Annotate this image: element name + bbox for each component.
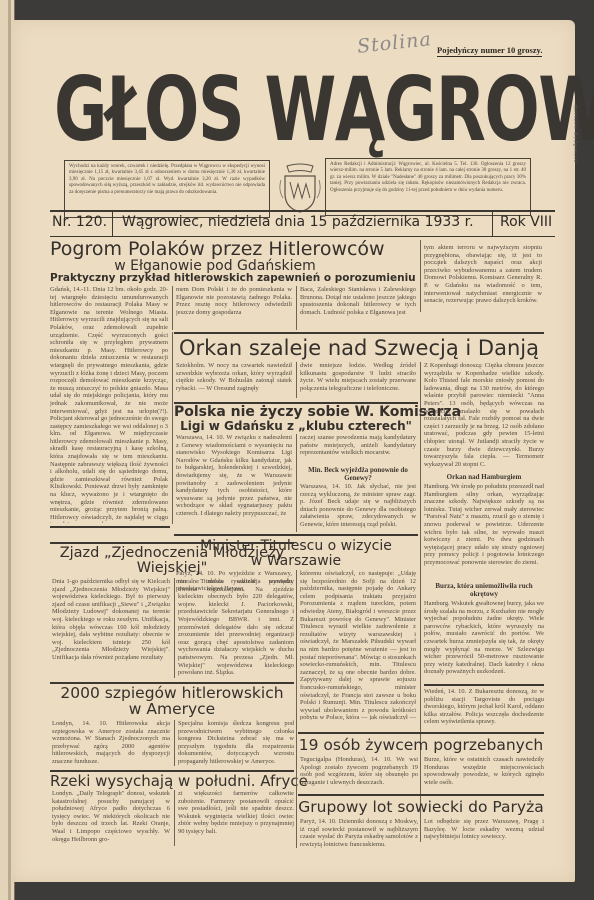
article-honduras-col2: Burze, które w ostatnich czasach nawiedz…: [424, 756, 544, 790]
price-line: Pojedyńczy numer 10 groszy.: [437, 45, 542, 57]
section-rule: [174, 332, 544, 334]
headline-zjazd: Zjazd „Zjednoczenia Młodzieży: [50, 546, 294, 561]
article-zjazd-col1: Dnia 1-go października odbył się w Kielc…: [52, 578, 170, 678]
article-szpiedzy-col1: Londyn, 14. 10. Hitlerowska akcja szpieg…: [52, 720, 170, 766]
article-lot-col1: Paryż, 14. 10. Dzienniki donoszą z Moskw…: [300, 818, 418, 848]
headline-lot: Grupowy lot sowiecki do Paryża: [298, 800, 544, 816]
article-szpiedzy-col2: Specjalna komisja śledcza kongresu pod p…: [178, 720, 294, 766]
article-orkan-burza: Hamburg. Wskutek gwałtownej burzy, jaka …: [424, 600, 544, 682]
column-rule: [296, 362, 297, 398]
issue-dateline: Wągrowiec, niedziela dnia 15 październik…: [122, 214, 474, 230]
subhead-beck: Min. Beck wyjeżdża ponownie do Genewy?: [300, 466, 416, 482]
headline-komisarz-line2: Ligi w Gdańsku z „klubu czterech": [174, 420, 418, 432]
coat-of-arms-icon: [277, 162, 323, 214]
newspaper-title: GŁOS WĄGROWIECKI: [54, 60, 424, 160]
address-info-box: Adres Redakcji i Administracji: Wągrowie…: [325, 158, 531, 216]
article-orkan-col2: dwie mniejsze łodzie. Według źródeł kilk…: [300, 362, 416, 398]
article-pogrom-col4: tym aktem terroru w najwyższym stopniu p…: [424, 244, 542, 328]
margin-stamp: Rzeszów Bydgoszcz: [572, 105, 577, 163]
column-rule: [296, 570, 297, 720]
headline-zjazd-line2: Wiejskiej": [50, 561, 294, 576]
article-titulescu-col2: któremu oświadczył, co następuje: „Udaję…: [300, 570, 416, 720]
subhead-burza: Burza, która uniemożliwiła ruch okrętowy: [424, 582, 544, 598]
section-rule: [424, 684, 544, 686]
column-rule: [420, 240, 421, 312]
column-rule: [296, 434, 297, 532]
article-komisarz-col1: Warszawa, 14. 10. W związku z nadeszłemi…: [176, 434, 292, 532]
headline-szpiedzy-line2: w Ameryce: [50, 702, 294, 718]
headline-pogrom-line2: w Ełganowie pod Gdańskiem: [50, 259, 380, 273]
article-beck: Warszawa, 14. 10. Jak słychać, nie jest …: [300, 483, 416, 533]
section-rule: [174, 534, 418, 536]
article-pogrom-col2: mem Dom Polski i że do pomieszkania w Eł…: [176, 286, 292, 330]
headline-pogrom: Pogrom Polaków przez Hitlerowców: [50, 240, 380, 259]
headline-honduras: 19 osób żywcem pogrzebanych: [298, 738, 544, 754]
issue-divider: [112, 212, 113, 236]
article-pogrom-col3: Baca, Zaleskiego Stanisława i Zalewskieg…: [300, 286, 416, 330]
headline-komisarz: Polska nie życzy sobie W. Komisarza: [174, 405, 418, 419]
headline-rzeki: Rzeki wysychają w południ. Afryce: [50, 774, 294, 789]
handwritten-note: Stolina: [356, 28, 433, 58]
issue-divider: [492, 212, 493, 236]
article-honduras-col1: Tegucigalpa (Honduras), 14. 10. We wsi A…: [300, 756, 418, 790]
article-orkan-hamburg: Hamburg. We środę po południu przeszedł …: [424, 483, 544, 581]
column-rule: [174, 790, 175, 846]
newspaper-page: Stolina Pojedyńczy numer 10 groszy. GŁOS…: [12, 20, 575, 882]
column-rule: [296, 286, 297, 330]
article-komisarz-col2: raczej szanse powodzenia mają kandydatur…: [300, 434, 416, 464]
article-rzeki-col1: Londyn. „Daily Telegraph" donosi, wskute…: [52, 790, 170, 846]
column-rule: [296, 720, 297, 848]
column-rule: [420, 362, 421, 842]
article-zjazd-col2: moralne znikła rywalizacja pomiędzy dwom…: [178, 578, 294, 678]
issue-bar: Nr. 120. Wągrowiec, niedziela dnia 15 pa…: [50, 210, 555, 237]
article-lot-col2: Lot odbędzie się przez Warszawę, Pragę i…: [424, 818, 544, 848]
column-rule: [174, 720, 175, 766]
section-rule: [298, 732, 544, 734]
spine-edge: [8, 0, 11, 900]
issue-year: Rok VIII: [500, 214, 552, 230]
column-rule: [172, 332, 173, 524]
subheadline-pogrom: Praktyczny przykład hitlerowskich zapewn…: [50, 273, 390, 284]
issue-number: Nr. 120.: [52, 214, 107, 230]
headline-orkan: Orkan szaleje nad Szwecją i Danją: [174, 338, 544, 359]
section-rule: [298, 794, 544, 796]
article-pogrom-col1: Gdańsk, 14.-11. Dnia 12 bm. około godz. …: [50, 286, 168, 523]
column-rule: [172, 286, 173, 330]
article-rzeki-col2: zi większości farmerów całkowite zubożen…: [178, 790, 294, 846]
section-rule: [50, 526, 170, 528]
subhead-hamburg: Orkan nad Hamburgiem: [424, 474, 544, 482]
column-rule: [174, 578, 175, 678]
article-bukareszt: Wiedeń, 14. 10. Z Bukaresztu donoszą, że…: [424, 688, 544, 728]
article-orkan-col1: Sztokholm. W nocy na czwartek nawiedził …: [176, 362, 292, 398]
section-rule: [50, 542, 294, 544]
